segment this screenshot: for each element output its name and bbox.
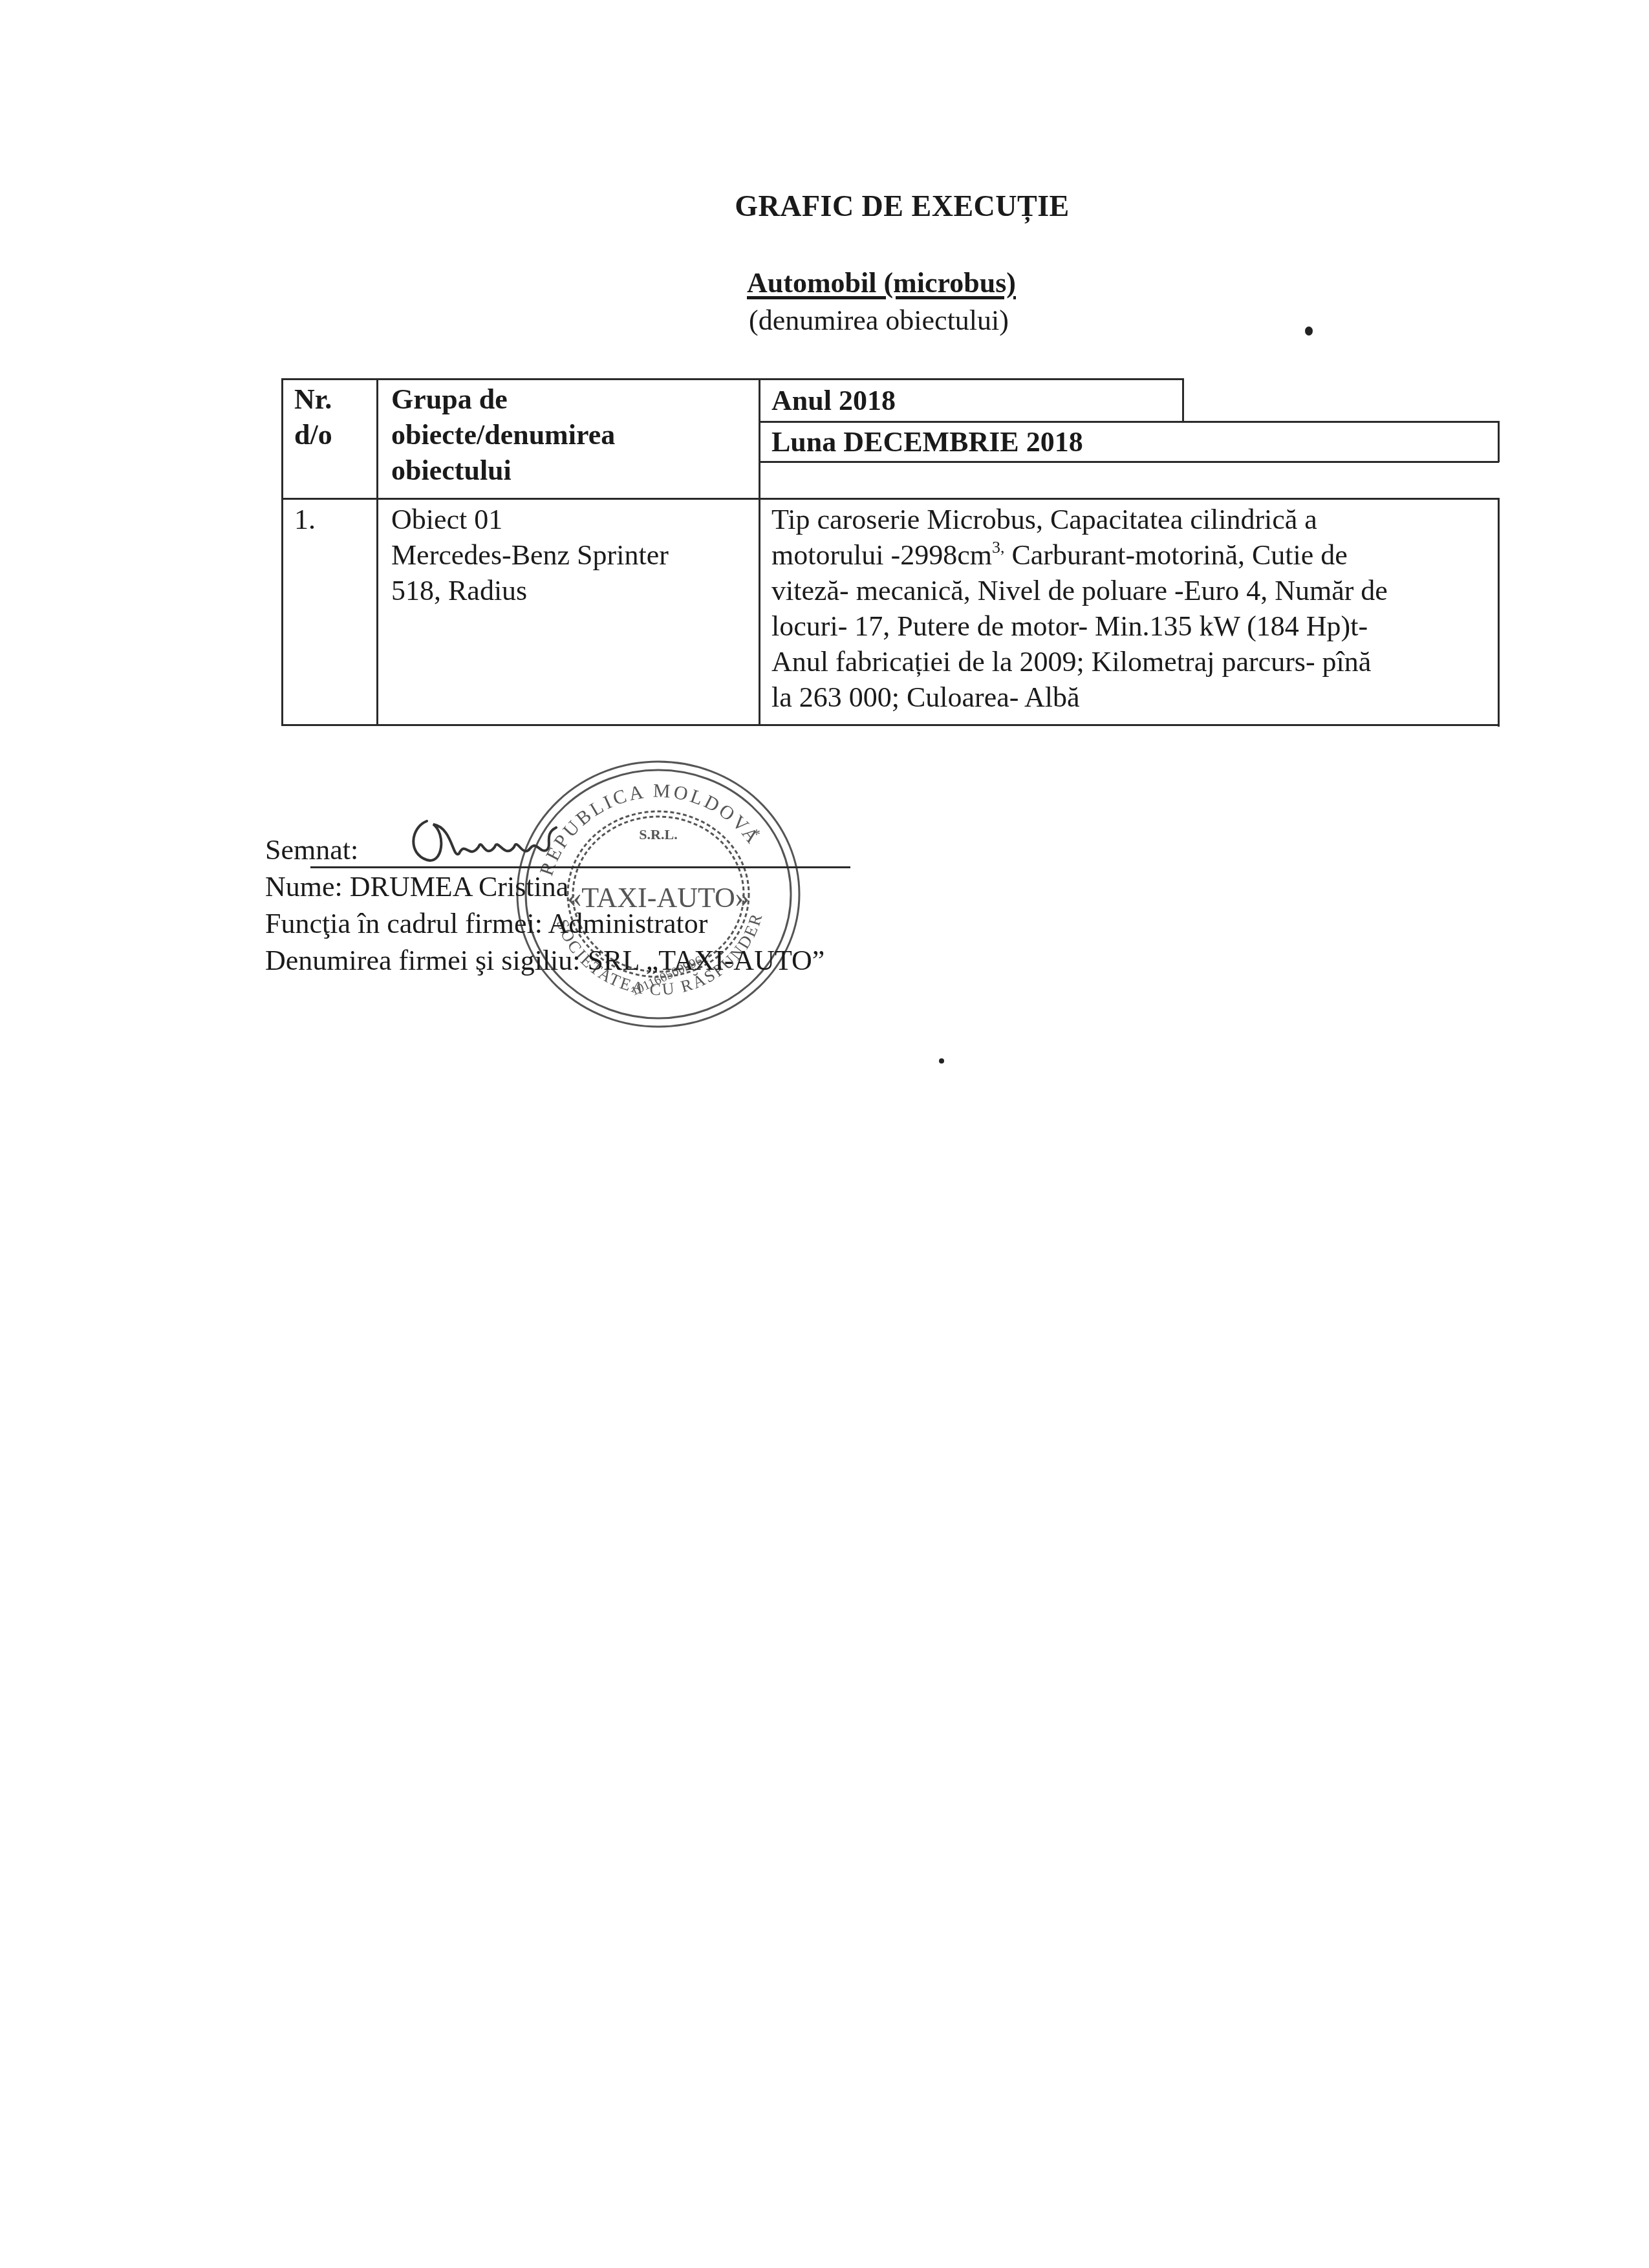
row-1-specifications: Tip caroserie Microbus, Capacitatea cili… (771, 502, 1388, 715)
object-name: Automobil (microbus) (747, 266, 1016, 299)
row-1-object: Obiect 01 Mercedes-Benz Sprinter 518, Ra… (391, 502, 669, 608)
scan-speck (1305, 326, 1313, 336)
signatory-name: Nume: DRUMEA Cristina (265, 871, 568, 903)
svg-text:S.R.L.: S.R.L. (639, 826, 677, 842)
signature-line (310, 866, 850, 868)
company-name: Denumirea firmei şi sigiliu: SRL „TAXI-A… (265, 945, 824, 977)
scan-speck (939, 1058, 944, 1064)
object-name-caption: (denumirea obiectului) (749, 304, 1009, 337)
header-year: Anul 2018 (771, 383, 896, 418)
svg-text:*: * (753, 826, 760, 843)
signatory-position: Funcţia în cadrul firmei: Administrator (265, 908, 707, 940)
header-nr: Nr. d/o (294, 381, 332, 453)
signed-label: Semnat: (265, 834, 358, 866)
header-month: Luna DECEMBRIE 2018 (771, 424, 1083, 460)
header-object-group: Grupa de obiecte/denumirea obiectului (391, 381, 615, 488)
document-title: GRAFIC DE EXECUȚIE (0, 189, 1649, 223)
row-1-nr: 1. (294, 502, 316, 537)
handwritten-signature (407, 808, 563, 873)
